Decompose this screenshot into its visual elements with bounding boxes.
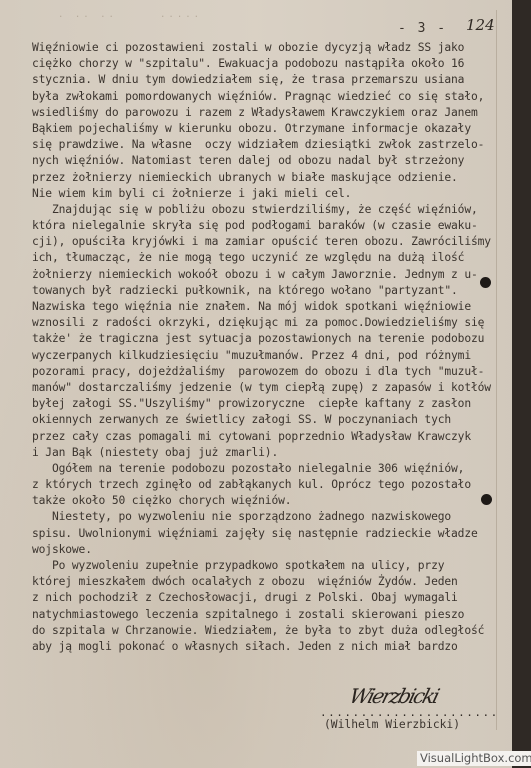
text-line: do szpitala w Chrzanowie. Wiedziałem, że… xyxy=(32,623,502,639)
text-line: manów" dostarczaliśmy jedzenie (w tym ci… xyxy=(32,380,502,396)
punch-hole xyxy=(481,494,492,505)
text-line: ich, tłumacząc, że nie mogą tego uczynić… xyxy=(32,250,502,266)
text-line: natychmiastowego leczenia szpitalnego i … xyxy=(32,607,502,623)
text-line: z nich pochodził z Czechosłowacji, drugi… xyxy=(32,590,502,606)
text-line: której mieszkałem dwóch ocalałych z oboz… xyxy=(32,574,502,590)
text-line: towanych był radziecki pułkownik, na któ… xyxy=(32,283,502,299)
text-line: która nielegalnie skryła się pod podłoga… xyxy=(32,218,502,234)
typed-text-body: Więźniowie ci pozostawieni zostali w obo… xyxy=(32,40,502,655)
text-line: ciężko chorzy w "szpitalu". Ewakuacja po… xyxy=(32,56,502,72)
text-line: przez cały czas pomagali mi cytowani pop… xyxy=(32,429,502,445)
text-line: Ogółem na terenie podobozu pozostało nie… xyxy=(32,461,502,477)
text-line: spisu. Uwolnionymi więźniami zajęły się … xyxy=(32,526,502,542)
text-line: także około 50 ciężko chorych więźniów. xyxy=(32,493,502,509)
text-line: żołnierzy niemieckich wokoół obozu i w c… xyxy=(32,267,502,283)
text-line: Niestety, po wyzwoleniu nie sporządzono … xyxy=(32,509,502,525)
text-line: byłej załogi SS."Uszyliśmy" prowizoryczn… xyxy=(32,396,502,412)
text-line: wsiedliśmy do parowozu i razem z Władysł… xyxy=(32,105,502,121)
document-page: . .. .. ..... - 3 - 124 Więźniowie ci po… xyxy=(0,0,512,768)
text-line: przez żołnierzy niemieckich ubranych w b… xyxy=(32,170,502,186)
text-line: Bąkiem pojechaliśmy w kierunku obozu. Ot… xyxy=(32,121,502,137)
page-header: - 3 - 124 xyxy=(0,18,512,42)
watermark[interactable]: VisualLightBox.com xyxy=(417,751,531,766)
text-line: Więźniowie ci pozostawieni zostali w obo… xyxy=(32,40,502,56)
text-line: aby ją mogli pokonać o własnych siłach. … xyxy=(32,639,502,655)
text-line: Nazwiska tego więźnia nie znałem. Na mój… xyxy=(32,299,502,315)
text-line: była zwłokami pomordowanych więźniów. Pr… xyxy=(32,89,502,105)
text-line: i Jan Bąk (niestety obaj już zmarli). xyxy=(32,445,502,461)
text-line: nych więźniów. Natomiast teren dalej od … xyxy=(32,153,502,169)
text-line: wojskowe. xyxy=(32,542,502,558)
archive-number: 124 xyxy=(466,16,495,34)
page-number: - 3 - xyxy=(398,21,447,36)
text-line: się prawdziwe. Na własne oczy widziałem … xyxy=(32,137,502,153)
text-line: stycznia. W dniu tym dowiedziałem się, ż… xyxy=(32,72,502,88)
text-line: wznosili z radości okrzyki, dziękując mi… xyxy=(32,315,502,331)
text-line: z których trzech zginęło od zabłąkanych … xyxy=(32,477,502,493)
binding-edge xyxy=(512,0,531,768)
text-line: pozorami pracy, dojeżdżaliśmy parowozem … xyxy=(32,364,502,380)
handwritten-signature: Wierzbicki xyxy=(347,684,441,708)
text-line: Po wyzwoleniu zupełnie przypadkowo spotk… xyxy=(32,558,502,574)
text-line: także' że tragiczna jest sytuacja pozost… xyxy=(32,331,502,347)
text-line: okiennych zerwanych ze świetlicy załogi … xyxy=(32,412,502,428)
punch-hole xyxy=(480,277,491,288)
text-line: wyczerpanych kilkudziesięciu "muzułmanów… xyxy=(32,348,502,364)
text-line: Znajdując się w pobliżu obozu stwierdzil… xyxy=(32,202,502,218)
text-line: cji), opuściła kryjówki i ma zamiar opuś… xyxy=(32,234,502,250)
text-line: Nie wiem kim byli ci żołnierze i jaki mi… xyxy=(32,186,502,202)
typed-signatory-name: (Wilhelm Wierzbicki) xyxy=(324,718,460,731)
